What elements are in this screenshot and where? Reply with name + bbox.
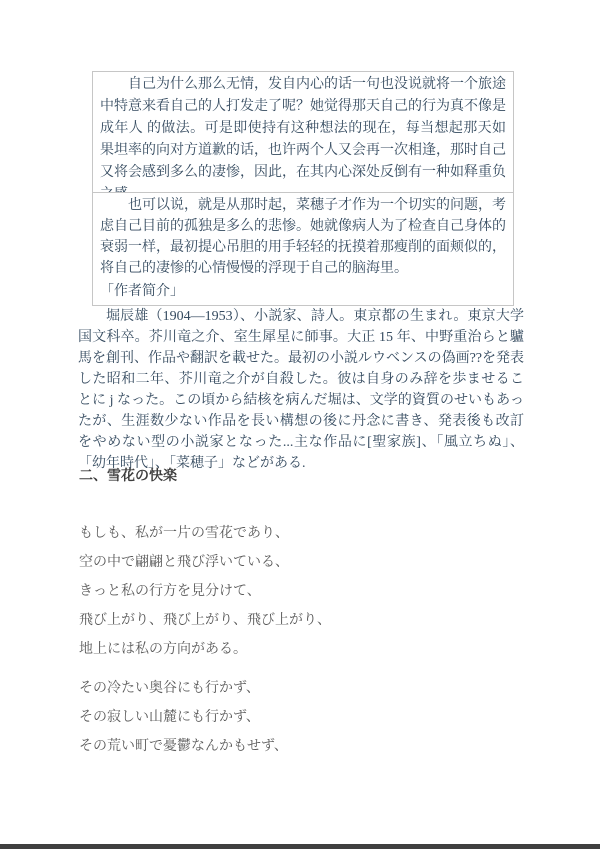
poem-line: 地上には私の方向がある。 [79,640,499,657]
author-intro-caption: 「作者简介」 [100,281,506,303]
poem-line: もしも、私が一片の雪花であり、 [79,524,499,541]
poem-line: その荒い町で憂鬱なんかもせず、 [79,737,499,754]
quote-paragraph-2: 也可以说，就是从那时起，菜穗子才作为一个切实的问题，考虑自己目前的孤独是多么的悲… [100,195,506,279]
quote-paragraph-1: 自己为什么那么无情，发自内心的话一句也没说就将一个旅途中特意来看自己的人打发走了… [100,74,506,206]
document-page[interactable]: 自己为什么那么无情，发自内心的话一句也没说就将一个旅途中特意来看自己的人打发走了… [0,0,600,849]
bottom-edge-bar [0,844,600,849]
quote-box-2: 也可以说，就是从那时起，菜穗子才作为一个切实的问题，考虑自己目前的孤独是多么的悲… [92,192,514,306]
poem-line: 空の中で翩翩と飛び浮いている、 [79,553,499,570]
poem-line: きっと私の行方を見分けて、 [79,582,499,599]
poem-line: 飛び上がり、飛び上がり、飛び上がり、 [79,611,499,628]
poem-line: その寂しい山麓にも行かず、 [79,708,499,725]
quote-box-1: 自己为什么那么无情，发自内心的话一句也没说就将一个旅途中特意来看自己的人打发走了… [92,71,514,209]
poem-line: その冷たい奥谷にも行かず、 [79,679,499,696]
author-bio-paragraph: 堀辰雄（1904—1953）、小説家、詩人。東京都の生まれ。東京大学国文科卒。芥… [78,306,524,474]
section-heading: 二、雪花の快楽 [79,465,177,485]
poem-block: もしも、私が一片の雪花であり、 空の中で翩翩と飛び浮いている、 きっと私の行方を… [79,524,499,766]
